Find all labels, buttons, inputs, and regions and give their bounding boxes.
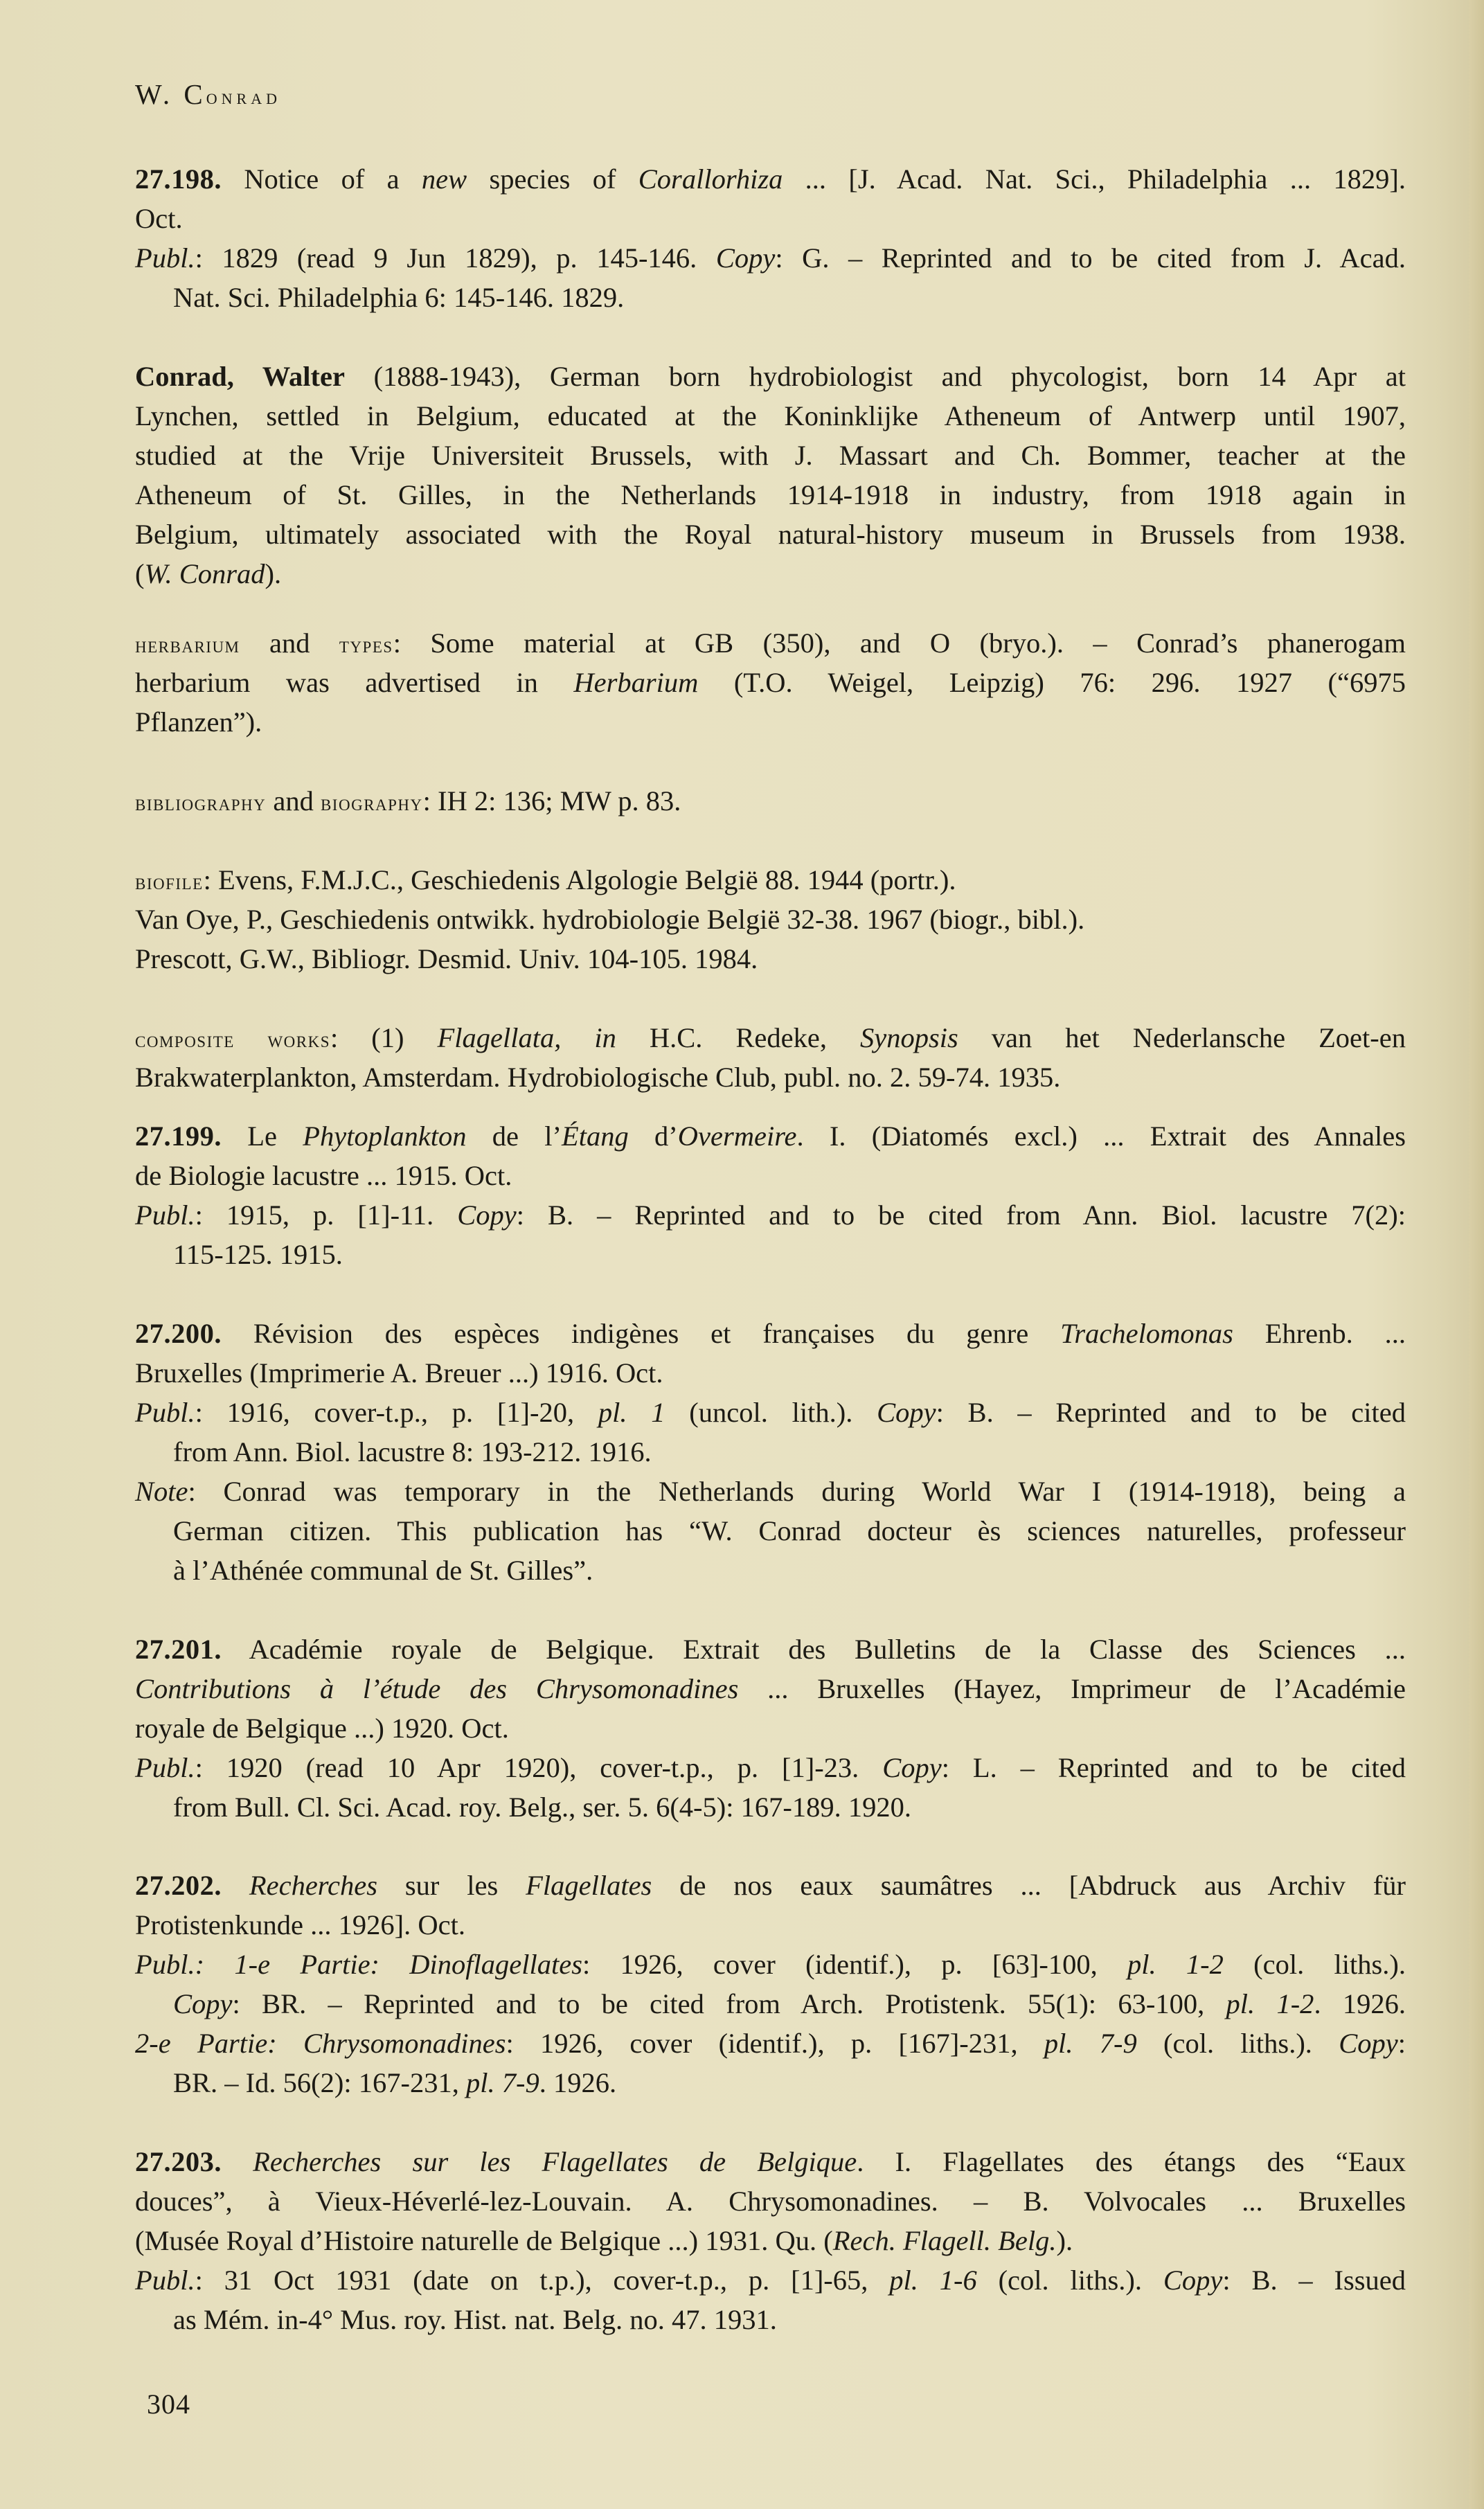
entry-27-202: 27.202. Recherches sur les Flagellates d… bbox=[135, 1866, 1406, 2102]
biofile-line: biofile: Evens, F.M.J.C., Geschiedenis A… bbox=[135, 860, 1406, 900]
biography-paragraph: Conrad, Walter (1888-1943), German born … bbox=[135, 357, 1406, 593]
entry-27-201: 27.201. Académie royale de Belgique. Ext… bbox=[135, 1629, 1406, 1827]
text: : 1926, cover (identif.), p. [63]-100, bbox=[582, 1949, 1127, 1980]
entry-title-line: 27.203. Recherches sur les Flagellates d… bbox=[135, 2142, 1406, 2181]
text: : Evens, F.M.J.C., Geschiedenis Algologi… bbox=[204, 864, 956, 895]
publ-line: Publ.: 1-e Partie: Dinoflagellates: 1926… bbox=[135, 1945, 1406, 1984]
text: (1888-1943), German born hydrobiologist … bbox=[345, 361, 1406, 392]
bio-line: Lynchen, settled in Belgium, educated at… bbox=[135, 396, 1406, 436]
page-edge-shadow bbox=[1469, 0, 1484, 2509]
text: herbarium was advertised in bbox=[135, 667, 573, 698]
bio-line: Atheneum of St. Gilles, in the Netherlan… bbox=[135, 475, 1406, 515]
publ-line: Copy: BR. – Reprinted and to be cited fr… bbox=[135, 1984, 1406, 2024]
note-line: à l’Athénée communal de St. Gilles”. bbox=[135, 1551, 1406, 1590]
entry-title-line: 27.200. Révision des espèces indigènes e… bbox=[135, 1314, 1406, 1353]
text: Révision des espèces indigènes et frança… bbox=[222, 1318, 1060, 1349]
section-label: herbarium bbox=[135, 633, 240, 658]
copy-label: Copy bbox=[1339, 2028, 1398, 2059]
text-italic: Overmeire bbox=[678, 1120, 797, 1152]
text: : B. – Reprinted and to be cited from An… bbox=[517, 1199, 1406, 1231]
entry-27-199: 27.199. Le Phytoplankton de l’Étang d’Ov… bbox=[135, 1116, 1406, 1274]
text: de nos eaux saumâtres ... [Abdruck aus A… bbox=[652, 1870, 1406, 1901]
publ-line: Nat. Sci. Philadelphia 6: 145-146. 1829. bbox=[135, 278, 1406, 317]
note-line: Note: Conrad was temporary in the Nether… bbox=[135, 1472, 1406, 1511]
text: d’ bbox=[629, 1120, 678, 1152]
text-italic: Recherches sur les Flagellates de Belgiq… bbox=[222, 2146, 857, 2177]
text: : IH 2: 136; MW p. 83. bbox=[423, 785, 681, 816]
text-italic: Corallorhiza bbox=[638, 163, 783, 195]
running-head: W. CONRAD bbox=[135, 75, 281, 116]
publ-line: from Ann. Biol. lacustre 8: 193-212. 191… bbox=[135, 1432, 1406, 1472]
entry-title-line: royale de Belgique ...) 1920. Oct. bbox=[135, 1708, 1406, 1748]
text: : 1926, cover (identif.), p. [167]-231, bbox=[506, 2028, 1044, 2059]
text: : BR. – Reprinted and to be cited from A… bbox=[233, 1988, 1226, 2019]
text-italic: Étang bbox=[562, 1120, 629, 1152]
running-head-initial: W. C bbox=[135, 78, 206, 110]
text: ). bbox=[1057, 2225, 1073, 2256]
page-number: 304 bbox=[147, 2388, 190, 2420]
entry-number: 27.199. bbox=[135, 1120, 222, 1152]
publ-line: from Bull. Cl. Sci. Acad. roy. Belg., se… bbox=[135, 1787, 1406, 1827]
entry-27-203: 27.203. Recherches sur les Flagellates d… bbox=[135, 2142, 1406, 2339]
text: . I. (Diatomés excl.) ... Extrait des An… bbox=[796, 1120, 1406, 1152]
text-italic: pl. 1-6 bbox=[889, 2265, 976, 2296]
text: : 1829 (read 9 Jun 1829), p. 145-146. bbox=[195, 242, 716, 274]
text: : G. – Reprinted and to be cited from J.… bbox=[775, 242, 1406, 274]
text: : B. – Issued bbox=[1222, 2265, 1406, 2296]
text: : 1915, p. [1]-11. bbox=[195, 1199, 458, 1231]
text: Le bbox=[222, 1120, 303, 1152]
publ-line: BR. – Id. 56(2): 167-231, pl. 7-9. 1926. bbox=[135, 2063, 1406, 2102]
text: : Conrad was temporary in the Netherland… bbox=[188, 1476, 1406, 1507]
herbarium-line: herbarium was advertised in Herbarium (T… bbox=[135, 663, 1406, 702]
text: species of bbox=[467, 163, 638, 195]
running-head-rest: ONRAD bbox=[206, 84, 281, 109]
section-label: bibliography bbox=[135, 791, 266, 816]
entry-27-200: 27.200. Révision des espèces indigènes e… bbox=[135, 1314, 1406, 1590]
publ-label: Publ. bbox=[135, 242, 195, 274]
text: : 1916, cover-t.p., p. [1]-20, bbox=[195, 1397, 598, 1428]
text-italic: pl. 7-9 bbox=[466, 2067, 539, 2098]
publ-label: Publ. bbox=[135, 1199, 195, 1231]
entry-title-line: Oct. bbox=[135, 199, 1406, 238]
publ-line: 2-e Partie: Chrysomonadines: 1926, cover… bbox=[135, 2024, 1406, 2063]
copy-label: Copy bbox=[877, 1397, 936, 1428]
herbarium-line: Pflanzen”). bbox=[135, 702, 1406, 742]
text-italic: pl. 1-2 bbox=[1226, 1988, 1314, 2019]
text: : (1) bbox=[330, 1022, 437, 1053]
text: . 1926. bbox=[1314, 1988, 1406, 2019]
text-italic: pl. 7-9 bbox=[1044, 2028, 1137, 2059]
entry-number: 27.202. bbox=[135, 1870, 222, 1901]
bibliography-section: bibliography and biography: IH 2: 136; M… bbox=[135, 781, 1406, 821]
text: and bbox=[240, 627, 339, 659]
publ-label: Publ. bbox=[135, 1397, 195, 1428]
text: sur les bbox=[377, 1870, 526, 1901]
text: (uncol. lith.). bbox=[665, 1397, 877, 1428]
entry-title-line: (Musée Royal d’Histoire naturelle de Bel… bbox=[135, 2221, 1406, 2260]
section-label: types bbox=[339, 633, 393, 658]
text: de l’ bbox=[466, 1120, 562, 1152]
entry-number: 27.201. bbox=[135, 1634, 222, 1665]
entry-number: 27.200. bbox=[135, 1318, 222, 1349]
text: . I. Flagellates des étangs des “Eaux bbox=[857, 2146, 1406, 2177]
text-italic: Trachelomonas bbox=[1060, 1318, 1233, 1349]
composite-works-section: composite works: (1) Flagellata, in H.C.… bbox=[135, 1018, 1406, 1097]
text-italic: Rech. Flagell. Belg. bbox=[833, 2225, 1057, 2256]
text-italic: pl. 1-2 bbox=[1127, 1949, 1224, 1980]
text-italic: Recherches bbox=[249, 1870, 377, 1901]
entry-title-line: Protistenkunde ... 1926]. Oct. bbox=[135, 1905, 1406, 1945]
text: Académie royale de Belgique. Extrait des… bbox=[222, 1634, 1406, 1665]
text: (T.O. Weigel, Leipzig) 76: 296. 1927 (“6… bbox=[698, 667, 1406, 698]
bio-line: Belgium, ultimately associated with the … bbox=[135, 515, 1406, 554]
biofile-line: Van Oye, P., Geschiedenis ontwikk. hydro… bbox=[135, 900, 1406, 939]
text: : Some material at GB (350), and O (bryo… bbox=[393, 627, 1406, 659]
entry-title-line: Bruxelles (Imprimerie A. Breuer ...) 191… bbox=[135, 1353, 1406, 1393]
text: Notice of a bbox=[244, 163, 422, 195]
text: (col. liths.). bbox=[1224, 1949, 1406, 1980]
note-label: Note bbox=[135, 1476, 188, 1507]
section-label: biofile bbox=[135, 870, 204, 895]
text: ... Bruxelles (Hayez, Imprimeur de l’Aca… bbox=[738, 1673, 1406, 1704]
text: Ehrenb. ... bbox=[1233, 1318, 1406, 1349]
bio-line: Conrad, Walter (1888-1943), German born … bbox=[135, 357, 1406, 396]
bio-line: studied at the Vrije Universiteit Brusse… bbox=[135, 436, 1406, 475]
section-label: composite works bbox=[135, 1028, 330, 1053]
publ-line: 115-125. 1915. bbox=[135, 1235, 1406, 1274]
text: H.C. Redeke, bbox=[616, 1022, 860, 1053]
text-italic: Flagellates bbox=[526, 1870, 652, 1901]
entry-title-line: Contributions à l’étude des Chrysomonadi… bbox=[135, 1669, 1406, 1708]
text-italic: pl. 1 bbox=[598, 1397, 665, 1428]
text: . 1926. bbox=[539, 2067, 616, 2098]
text-italic: new bbox=[422, 163, 467, 195]
bibliography-line: bibliography and biography: IH 2: 136; M… bbox=[135, 781, 1406, 821]
text-italic: : 1-e Partie: Dinoflagellates bbox=[195, 1949, 582, 1980]
bio-line: (W. Conrad). bbox=[135, 554, 1406, 593]
entry-title-line: 27.199. Le Phytoplankton de l’Étang d’Ov… bbox=[135, 1116, 1406, 1156]
note-line: German citizen. This publication has “W.… bbox=[135, 1511, 1406, 1551]
copy-label: Copy bbox=[457, 1199, 517, 1231]
author-abbreviation: W. Conrad bbox=[145, 558, 265, 589]
entry-title-line: 27.202. Recherches sur les Flagellates d… bbox=[135, 1866, 1406, 1905]
publ-line: Publ.: 1920 (read 10 Apr 1920), cover-t.… bbox=[135, 1748, 1406, 1787]
copy-label: Copy bbox=[716, 242, 776, 274]
text: ( bbox=[135, 558, 145, 589]
publ-label: Publ. bbox=[135, 1949, 195, 1980]
text: BR. – Id. 56(2): 167-231, bbox=[173, 2067, 466, 2098]
text: : bbox=[1398, 2028, 1406, 2059]
publ-line: Publ.: 31 Oct 1931 (date on t.p.), cover… bbox=[135, 2260, 1406, 2300]
text-italic: Flagellata, in bbox=[438, 1022, 616, 1053]
text: : B. – Reprinted and to be cited bbox=[936, 1397, 1406, 1428]
publ-line: Publ.: 1915, p. [1]-11. Copy: B. – Repri… bbox=[135, 1195, 1406, 1235]
biofile-line: Prescott, G.W., Bibliogr. Desmid. Univ. … bbox=[135, 939, 1406, 979]
entry-27-198: 27.198. Notice of a new species of Coral… bbox=[135, 159, 1406, 317]
publ-label: Publ. bbox=[135, 2265, 195, 2296]
person-name: Conrad, Walter bbox=[135, 361, 345, 392]
text-italic: Phytoplankton bbox=[303, 1120, 466, 1152]
text: (col. liths.). bbox=[1137, 2028, 1339, 2059]
herbarium-section: herbarium and types: Some material at GB… bbox=[135, 623, 1406, 742]
text: (col. liths.). bbox=[977, 2265, 1163, 2296]
copy-label: Copy bbox=[173, 1988, 233, 2019]
entry-number: 27.198. bbox=[135, 163, 222, 195]
entry-title-line: 27.201. Académie royale de Belgique. Ext… bbox=[135, 1629, 1406, 1669]
section-label: biography bbox=[321, 791, 423, 816]
text: ). bbox=[265, 558, 282, 589]
text: and bbox=[266, 785, 321, 816]
text-italic: Contributions à l’étude des Chrysomonadi… bbox=[135, 1673, 738, 1704]
publ-line: Publ.: 1829 (read 9 Jun 1829), p. 145-14… bbox=[135, 238, 1406, 278]
entry-number: 27.203. bbox=[135, 2146, 222, 2177]
copy-label: Copy bbox=[882, 1752, 942, 1783]
entry-title-line: douces”, à Vieux-Héverlé-lez-Louvain. A.… bbox=[135, 2181, 1406, 2221]
publ-line: Publ.: 1916, cover-t.p., p. [1]-20, pl. … bbox=[135, 1393, 1406, 1432]
entry-title-line: 27.198. Notice of a new species of Coral… bbox=[135, 159, 1406, 199]
text: : 1920 (read 10 Apr 1920), cover-t.p., p… bbox=[195, 1752, 883, 1783]
text: van het Nederlansche Zoet-en bbox=[958, 1022, 1406, 1053]
biofile-section: biofile: Evens, F.M.J.C., Geschiedenis A… bbox=[135, 860, 1406, 979]
text: ... [J. Acad. Nat. Sci., Philadelphia ..… bbox=[783, 163, 1406, 195]
publ-label: Publ. bbox=[135, 1752, 195, 1783]
text: : L. – Reprinted and to be cited bbox=[942, 1752, 1406, 1783]
text-italic: Synopsis bbox=[860, 1022, 958, 1053]
text: (Musée Royal d’Histoire naturelle de Bel… bbox=[135, 2225, 833, 2256]
composite-line: Brakwaterplankton, Amsterdam. Hydrobiolo… bbox=[135, 1057, 1406, 1097]
composite-line: composite works: (1) Flagellata, in H.C.… bbox=[135, 1018, 1406, 1057]
text: : 31 Oct 1931 (date on t.p.), cover-t.p.… bbox=[195, 2265, 890, 2296]
publ-line: as Mém. in-4° Mus. roy. Hist. nat. Belg.… bbox=[135, 2300, 1406, 2339]
text-italic: Herbarium bbox=[573, 667, 698, 698]
text-italic: 2-e Partie: Chrysomonadines bbox=[135, 2028, 506, 2059]
entry-title-line: de Biologie lacustre ... 1915. Oct. bbox=[135, 1156, 1406, 1195]
herbarium-line: herbarium and types: Some material at GB… bbox=[135, 623, 1406, 663]
copy-label: Copy bbox=[1163, 2265, 1223, 2296]
